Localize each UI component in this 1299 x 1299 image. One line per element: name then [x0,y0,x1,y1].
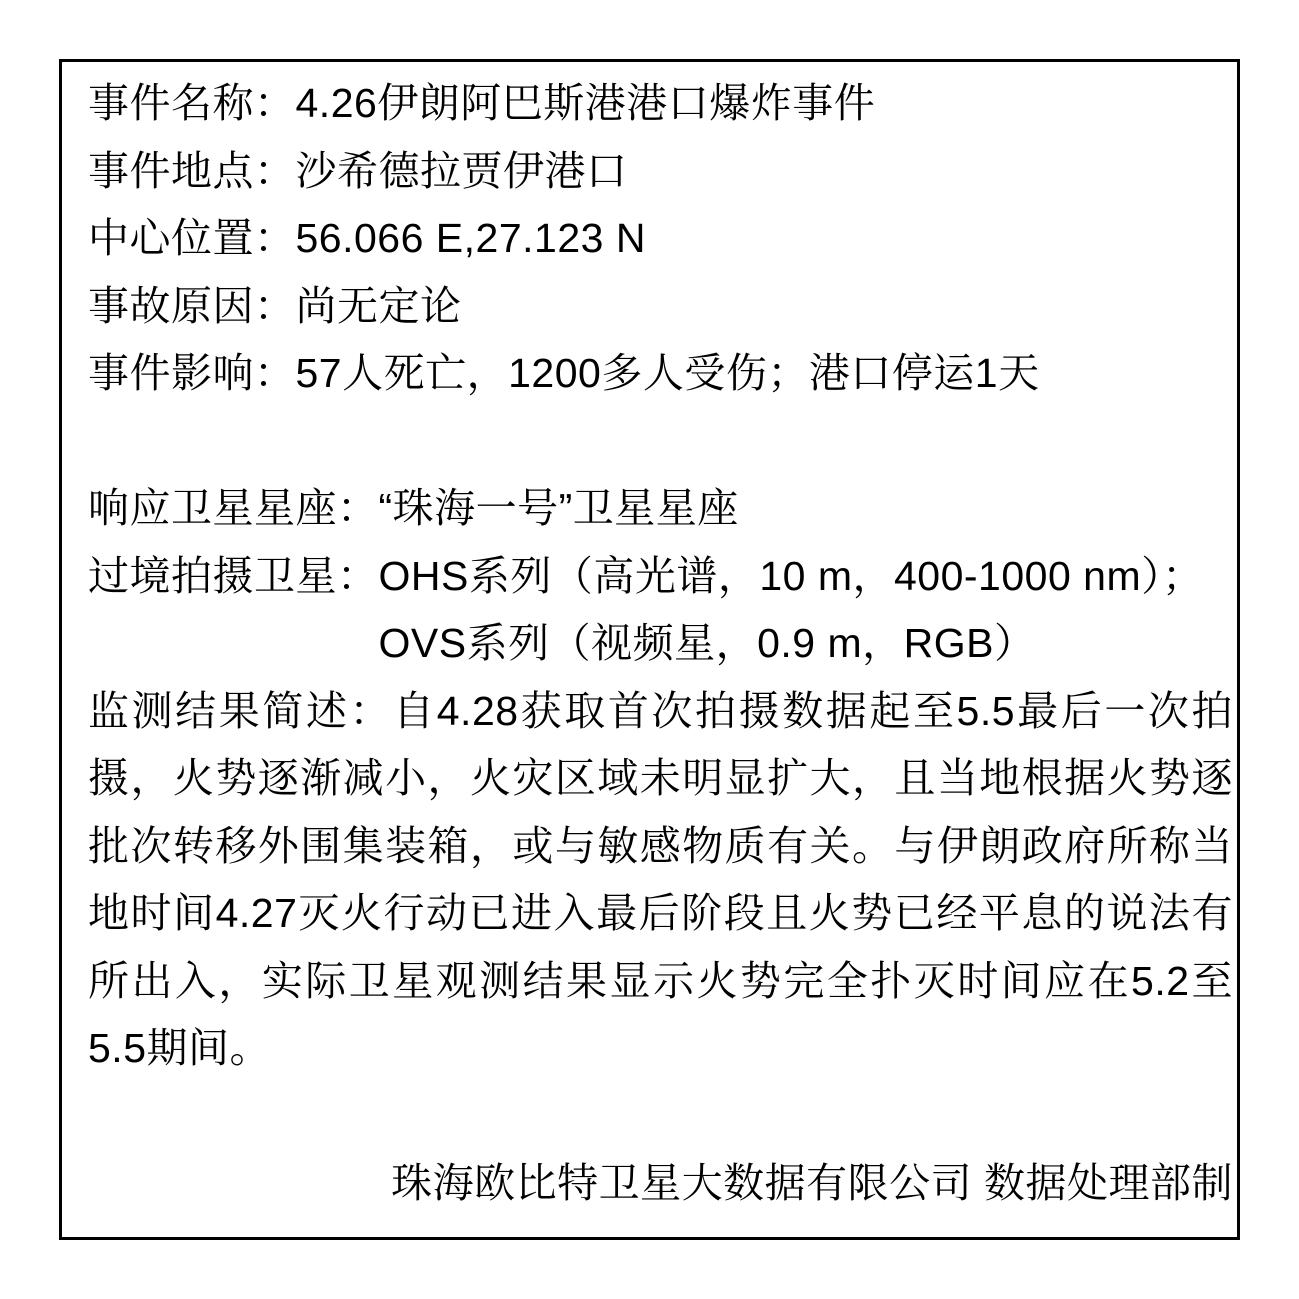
spacer [88,1083,1233,1151]
field-center-position: 中心位置：56.066 E,27.123 N [88,205,1233,273]
transit-satellites-block: 过境拍摄卫星： OHS系列（高光谱，10 m，400-1000 nm）； OVS… [88,543,1233,678]
field-label: 事件影响： [88,350,296,396]
field-value: 4.26伊朗阿巴斯港港口爆炸事件 [296,80,876,126]
constellation-line: 响应卫星星座：“珠海一号”卫星星座 [88,475,1233,543]
field-label: 事件名称： [88,80,296,126]
field-value: 57人死亡，1200多人受伤；港口停运1天 [296,350,1040,396]
field-event-impact: 事件影响：57人死亡，1200多人受伤；港口停运1天 [88,340,1233,408]
monitoring-summary-paragraph: 监测结果简述：自4.28获取首次拍摄数据起至5.5最后一次拍摄，火势逐渐减小，火… [88,678,1233,1083]
field-value: 沙希德拉贾伊港口 [296,148,628,194]
field-accident-cause: 事故原因：尚无定论 [88,273,1233,341]
report-sheet: 事件名称：4.26伊朗阿巴斯港港口爆炸事件 事件地点：沙希德拉贾伊港口 中心位置… [59,59,1240,1240]
transit-values: OHS系列（高光谱，10 m，400-1000 nm）； OVS系列（视频星，0… [379,543,1234,678]
field-value: 56.066 E,27.123 N [296,215,646,261]
constellation-value: “珠海一号”卫星星座 [379,485,739,531]
footer-credit: 珠海欧比特卫星大数据有限公司 数据处理部制 [88,1150,1233,1218]
transit-label: 过境拍摄卫星： [88,543,379,611]
field-event-name: 事件名称：4.26伊朗阿巴斯港港口爆炸事件 [88,70,1233,138]
spacer [88,408,1233,476]
field-event-location: 事件地点：沙希德拉贾伊港口 [88,138,1233,206]
constellation-label: 响应卫星星座： [88,485,379,531]
field-label: 事件地点： [88,148,296,194]
field-value: 尚无定论 [296,283,462,329]
report-content: 事件名称：4.26伊朗阿巴斯港港口爆炸事件 事件地点：沙希德拉贾伊港口 中心位置… [88,70,1233,1218]
transit-line-ovs: OVS系列（视频星，0.9 m，RGB） [379,610,1234,678]
field-label: 事故原因： [88,283,296,329]
field-label: 中心位置： [88,215,296,261]
monitoring-text: 自4.28获取首次拍摄数据起至5.5最后一次拍摄，火势逐渐减小，火灾区域未明显扩… [88,688,1233,1072]
monitoring-label: 监测结果简述： [88,688,393,734]
transit-line-ohs: OHS系列（高光谱，10 m，400-1000 nm）； [379,543,1234,611]
